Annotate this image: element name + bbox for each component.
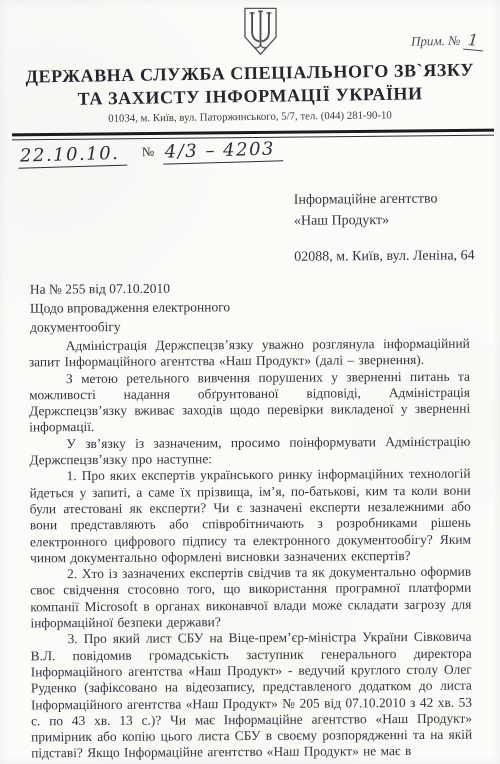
registration-number-handwritten: 4/3 – 4203 [162, 138, 283, 164]
org-name-title: ДЕРЖАВНА СЛУЖБА СПЕЦІАЛЬНОГО ЗВ`ЯЗКУ ТА … [0, 58, 500, 112]
registration-number-label: № [142, 144, 155, 159]
paragraph-purpose: З метою ретельного вивчення порушених у … [29, 368, 470, 436]
registration-line: 22.10.10. № 4/3 – 4203 [18, 138, 284, 168]
copy-number-note: Прим. № 1 [411, 29, 484, 50]
paragraph-intro: Адміністрація Держспецзв’язку уважно роз… [29, 336, 470, 371]
paragraph-question-1: 1. Про яких експертів українського ринку… [30, 466, 472, 566]
recipient-address: 02088, м. Київ, вул. Леніна, 64 [294, 245, 475, 268]
letter-body: Адміністрація Держспецзв’язку уважно роз… [29, 336, 473, 762]
paragraph-request: У зв’язку із зазначеним, просимо поінфор… [29, 433, 470, 468]
scanned-letter-page: Прим. № 1 ДЕРЖАВНА СЛУЖБА СПЕЦІАЛЬНОГО З… [0, 0, 500, 764]
reference-block: На № 255 від 07.10.2010 Щодо впровадженн… [30, 278, 231, 336]
recipient-block: Інформаційне агентство «Наш Продукт» 020… [294, 188, 475, 268]
paragraph-question-2: 2. Хто із зазначених експертів свідчив т… [30, 564, 471, 632]
registration-date-handwritten: 22.10.10. [18, 143, 128, 169]
copy-number-label: Прим. № [411, 33, 461, 49]
reference-in-reply-to: На № 255 від 07.10.2010 [30, 278, 230, 298]
ukraine-trident-emblem [242, 4, 279, 59]
copy-number-value: 1 [463, 30, 485, 52]
reference-subject-line2: документообігу [30, 316, 230, 336]
paragraph-question-3: 3. Про який лист СБУ на Віце-прем’єр-мін… [31, 629, 473, 762]
recipient-org-line2: «Наш Продукт» [294, 209, 475, 232]
recipient-org-line1: Інформаційне агентство [294, 188, 475, 211]
reference-subject-line1: Щодо впровадження електронного [30, 297, 230, 317]
